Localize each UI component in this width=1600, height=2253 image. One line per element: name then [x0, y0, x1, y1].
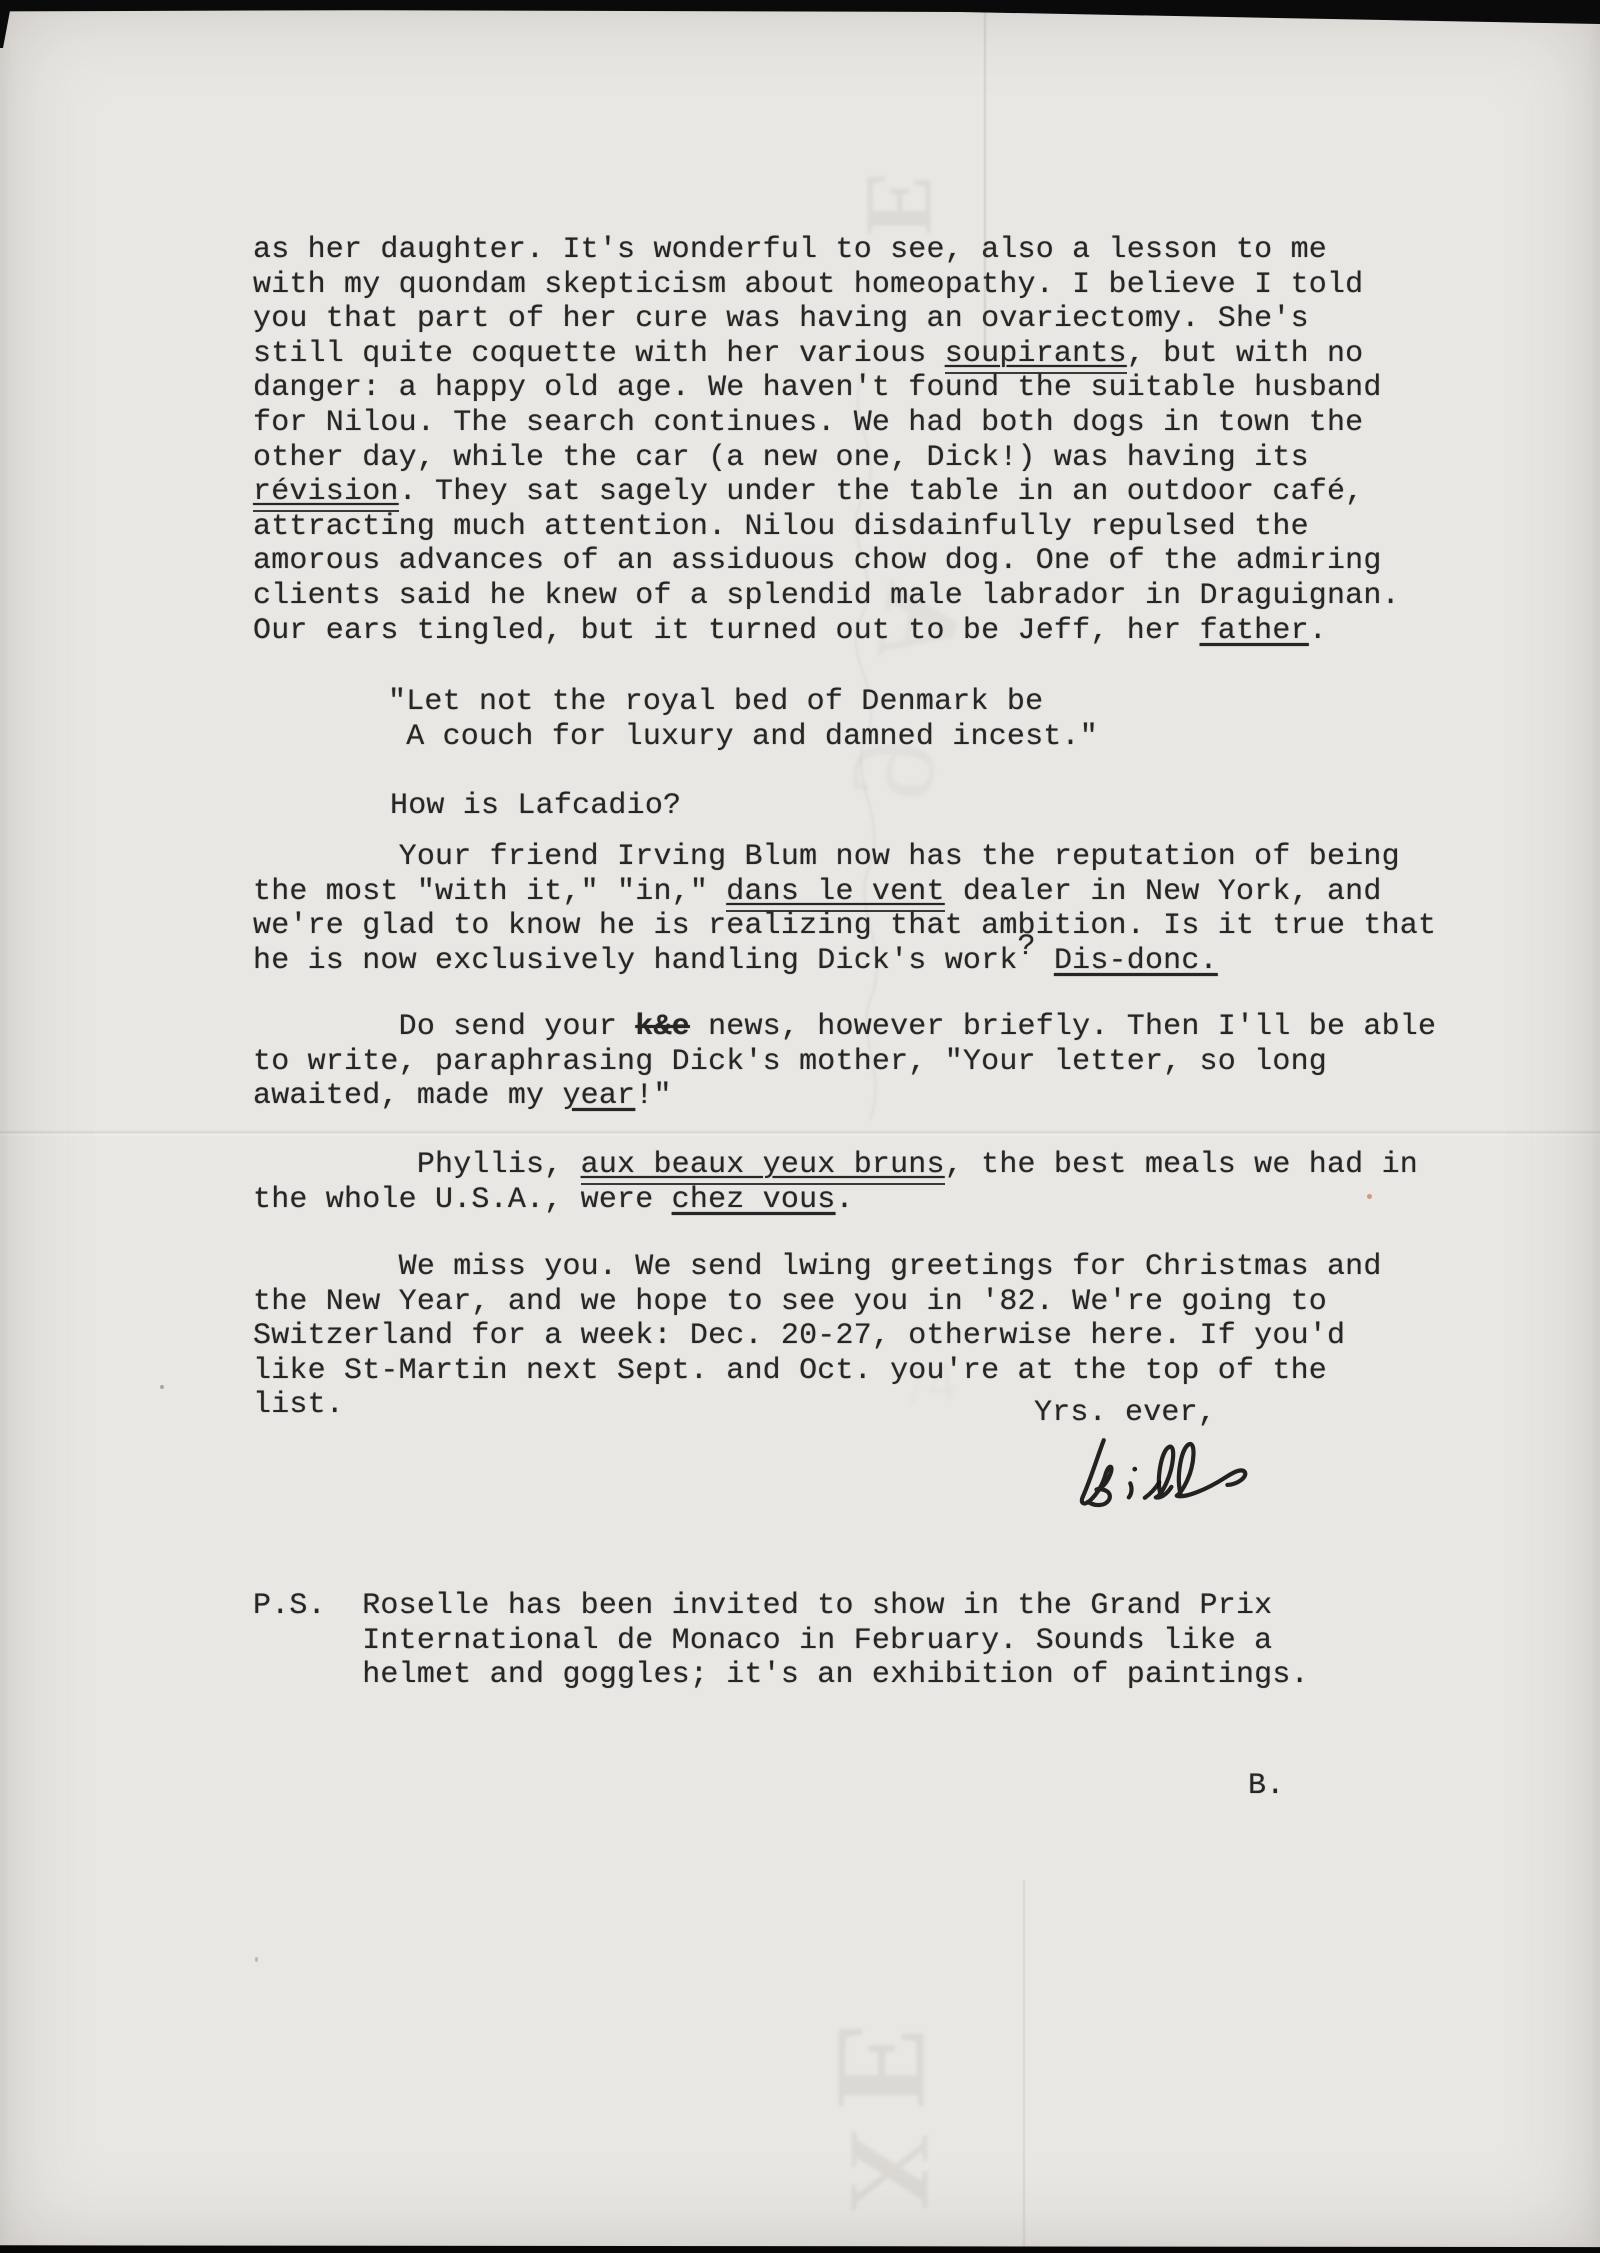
letter-line: "Let not the royal bed of Denmark be — [388, 685, 1098, 720]
initial-b: B. — [1248, 1769, 1284, 1804]
paragraph-nilou-dogs: as her daughter. It's wonderful to see, … — [253, 233, 1400, 648]
typed-text: Our ears tingled, but it turned out to b… — [253, 614, 1200, 648]
typed-text: with my quondam skepticism about homeopa… — [253, 268, 1363, 302]
letter-line: he is now exclusively handling Dick's wo… — [253, 944, 1436, 979]
typed-text: amorous advances of an assiduous chow do… — [253, 544, 1382, 578]
typed-text: How is Lafcadio? — [390, 789, 681, 823]
paper-speck — [160, 1385, 164, 1389]
typed-text: P.S. Roselle has been invited to show in… — [253, 1589, 1272, 1623]
typed-text: to write, paraphrasing Dick's mother, "Y… — [253, 1045, 1327, 1079]
typed-text-emphasis: ? — [1018, 930, 1036, 965]
typed-text: still quite coquette with her various — [253, 337, 945, 371]
typed-text: . — [1309, 614, 1327, 648]
typed-text: we're glad to know he is realizing that … — [253, 909, 1436, 943]
typed-text-emphasis: k&e — [635, 1010, 690, 1044]
paragraph-irving-blum: Your friend Irving Blum now has the repu… — [253, 840, 1436, 978]
letter-line: other day, while the car (a new one, Dic… — [253, 441, 1400, 476]
typed-text-emphasis: aux beaux yeux bruns — [581, 1148, 945, 1185]
typed-text: We miss you. We send lwing greetings for… — [253, 1250, 1382, 1284]
letter-line: like St-Martin next Sept. and Oct. you'r… — [253, 1354, 1382, 1389]
letter-line: We miss you. We send lwing greetings for… — [253, 1250, 1382, 1285]
paragraph-send-news: Do send your k&e news, however briefly. … — [253, 1010, 1436, 1114]
closing-valediction: Yrs. ever, — [1034, 1396, 1216, 1431]
typed-text-emphasis: father — [1200, 614, 1309, 648]
letter-line: révision. They sat sagely under the tabl… — [253, 475, 1400, 510]
fold-crease-horizontal — [0, 1130, 1600, 1137]
shakespeare-quote: "Let not the royal bed of Denmark be A c… — [388, 685, 1098, 754]
typed-text: awaited, made my — [253, 1079, 562, 1113]
letter-line: with my quondam skepticism about homeopa… — [253, 268, 1400, 303]
letter-line: attracting much attention. Nilou disdain… — [253, 510, 1400, 545]
letter-line: How is Lafcadio? — [390, 789, 681, 824]
typed-text: . They sat sagely under the table in an … — [399, 475, 1364, 509]
paragraph-phyllis: Phyllis, aux beaux yeux bruns, the best … — [253, 1148, 1418, 1217]
typed-text: "Let not the royal bed of Denmark be — [388, 685, 1043, 719]
letter-line: Our ears tingled, but it turned out to b… — [253, 614, 1400, 649]
typed-text: attracting much attention. Nilou disdain… — [253, 510, 1309, 544]
letter-line: the whole U.S.A., were chez vous. — [253, 1183, 1418, 1218]
typed-text: clients said he knew of a splendid male … — [253, 579, 1400, 613]
typed-text: danger: a happy old age. We haven't foun… — [253, 371, 1382, 405]
typed-text — [1036, 944, 1054, 978]
typed-text: the most "with it," "in," — [253, 875, 726, 909]
letter-line: still quite coquette with her various so… — [253, 337, 1400, 372]
letter-line: awaited, made my year!" — [253, 1079, 1436, 1114]
letter-line: danger: a happy old age. We haven't foun… — [253, 371, 1400, 406]
typed-text: A couch for luxury and damned incest." — [388, 720, 1098, 754]
postscript: P.S. Roselle has been invited to show in… — [253, 1589, 1309, 1693]
ghost-stamp-bottom-e: E — [806, 2022, 956, 2109]
typed-text: Your friend Irving Blum now has the repu… — [253, 840, 1400, 874]
ghost-stamp-top: E — [845, 171, 956, 235]
letter-line: Phyllis, aux beaux yeux bruns, the best … — [253, 1148, 1418, 1183]
letter-line: International de Monaco in February. Sou… — [253, 1624, 1309, 1659]
typed-text: you that part of her cure was having an … — [253, 302, 1309, 336]
typed-text-emphasis: dans le vent — [726, 875, 944, 912]
typed-text: , but with no — [1127, 337, 1364, 371]
typed-text: . — [836, 1183, 854, 1217]
scan-edge-top-left — [0, 0, 12, 48]
typed-text: Do send your — [253, 1010, 635, 1044]
typed-text-emphasis: chez vous — [672, 1183, 836, 1217]
letter-line: A couch for luxury and damned incest." — [388, 720, 1098, 755]
typed-text: , the best meals we had in — [945, 1148, 1418, 1182]
paper-speck — [1367, 1194, 1372, 1199]
lafcadio-question: How is Lafcadio? — [390, 789, 681, 824]
scan-edge-top — [0, 0, 1600, 30]
letter-line: as her daughter. It's wonderful to see, … — [253, 233, 1400, 268]
typed-text: dealer in New York, and — [945, 875, 1382, 909]
typed-text: other day, while the car (a new one, Dic… — [253, 441, 1309, 475]
typed-text: news, however briefly. Then I'll be able — [690, 1010, 1436, 1044]
typed-text: the whole U.S.A., were — [253, 1183, 672, 1217]
typed-text-emphasis: révision — [253, 475, 399, 512]
typed-text: Switzerland for a week: Dec. 20-27, othe… — [253, 1319, 1345, 1353]
typed-text-emphasis: year — [562, 1079, 635, 1113]
fold-crease-vertical-top — [983, 8, 987, 348]
typed-text: as her daughter. It's wonderful to see, … — [253, 233, 1327, 267]
typed-text-emphasis: soupirants — [945, 337, 1127, 374]
typed-text: Phyllis, — [253, 1148, 581, 1182]
letter-line: you that part of her cure was having an … — [253, 302, 1400, 337]
letter-line: Your friend Irving Blum now has the repu… — [253, 840, 1436, 875]
letter-line: to write, paraphrasing Dick's mother, "Y… — [253, 1045, 1436, 1080]
letter-line: the New Year, and we hope to see you in … — [253, 1285, 1382, 1320]
letter-line: the most "with it," "in," dans le vent d… — [253, 875, 1436, 910]
typed-text: for Nilou. The search continues. We had … — [253, 406, 1363, 440]
letter-line: P.S. Roselle has been invited to show in… — [253, 1589, 1309, 1624]
ghost-stamp-bottom-x: X — [824, 2129, 956, 2212]
typed-text: the New Year, and we hope to see you in … — [253, 1285, 1327, 1319]
typed-text: helmet and goggles; it's an exhibition o… — [253, 1658, 1309, 1692]
scan-edge-bottom — [0, 2239, 1600, 2253]
letter-line: amorous advances of an assiduous chow do… — [253, 544, 1400, 579]
letter-line: helmet and goggles; it's an exhibition o… — [253, 1658, 1309, 1693]
typed-text-emphasis: Dis-donc. — [1054, 944, 1218, 978]
typed-text: list. — [253, 1388, 344, 1422]
typed-text: !" — [635, 1079, 671, 1113]
letter-line: Do send your k&e news, however briefly. … — [253, 1010, 1436, 1045]
typed-text: International de Monaco in February. Sou… — [253, 1624, 1272, 1658]
letter-line: we're glad to know he is realizing that … — [253, 909, 1436, 944]
letter-line: clients said he knew of a splendid male … — [253, 579, 1400, 614]
letter-line: Switzerland for a week: Dec. 20-27, othe… — [253, 1319, 1382, 1354]
signature-bill — [1067, 1431, 1270, 1520]
fold-crease-vertical-bottom — [1022, 1880, 1026, 2253]
typed-text: like St-Martin next Sept. and Oct. you'r… — [253, 1354, 1327, 1388]
typed-text: he is now exclusively handling Dick's wo… — [253, 944, 1018, 978]
letter-line: for Nilou. The search continues. We had … — [253, 406, 1400, 441]
paper-speck — [255, 1957, 258, 1962]
letter-page: E A 9 74 E X as her daughter. It's wonde… — [0, 0, 1600, 2253]
